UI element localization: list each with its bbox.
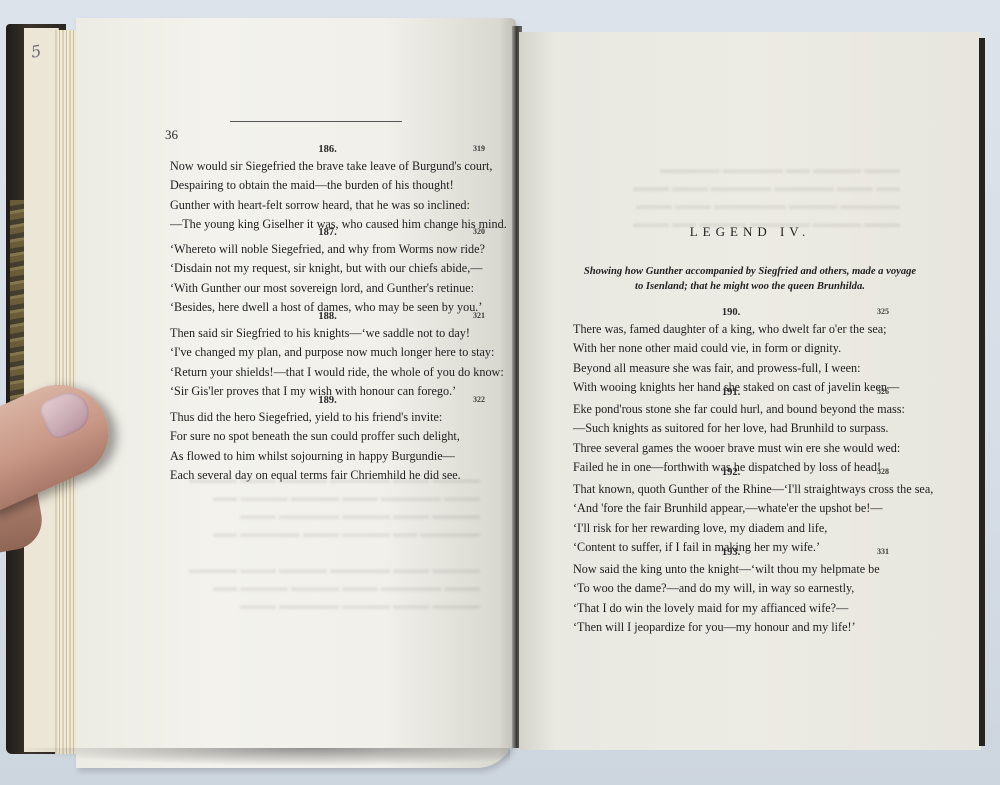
stanza-number: 186.	[170, 143, 485, 157]
marbled-edge	[10, 200, 24, 420]
verse-line: Eke pond'rous stone she far could hurl, …	[573, 400, 889, 419]
stanza-number: 189.	[170, 394, 485, 408]
line-reference: 320	[473, 227, 485, 236]
line-reference: 331	[877, 547, 889, 556]
verse-line: Each several day on equal terms fair Chr…	[170, 466, 485, 485]
verse-line: That known, quoth Gunther of the Rhine—‘…	[573, 480, 889, 499]
verse-line: ‘With Gunther our most sovereign lord, a…	[170, 279, 485, 298]
verse-line: ‘Whereto will noble Siegefried, and why …	[170, 240, 485, 259]
verse-line: Despairing to obtain the maid—the burden…	[170, 176, 485, 195]
header-rule	[230, 121, 402, 122]
stanza-189: 189. 322 Thus did the hero Siegefried, y…	[170, 394, 485, 485]
verse-line: —Such knights as suitored for her love, …	[573, 419, 889, 438]
stanza-186: 186. 319 Now would sir Siegefried the br…	[170, 143, 485, 234]
line-reference: 322	[473, 395, 485, 404]
verse-line: Three several games the wooer brave must…	[573, 439, 889, 458]
verse-line: ‘Disdain not my request, sir knight, but…	[170, 259, 485, 278]
stanza-number: 192.	[573, 466, 889, 480]
stanza-number: 187.	[170, 226, 485, 240]
chapter-subtitle-line: to Isenland; that he might woo the queen…	[565, 279, 935, 294]
verse-line: ‘That I do win the lovely maid for my af…	[573, 599, 889, 618]
verse-line: Then said sir Siegfried to his knights—‘…	[170, 324, 485, 343]
verse-line: Gunther with heart-felt sorrow heard, th…	[170, 196, 485, 215]
line-reference: 326	[877, 387, 889, 396]
stanza-191: 191. 326 Eke pond'rous stone she far cou…	[573, 386, 889, 477]
stanza-188: 188. 321 Then said sir Siegfried to his …	[170, 310, 485, 401]
line-reference: 321	[473, 311, 485, 320]
show-through-text: ▬▬▬▬ ▬▬▬ ▬▬▬▬▬ ▬▬▬▬ ▬▬▬ ▬▬▬▬▬▬▬ ▬▬▬▬▬ ▬▬…	[180, 470, 480, 614]
line-reference: 319	[473, 144, 485, 153]
verse-line: Now would sir Siegefried the brave take …	[170, 157, 485, 176]
stanza-190: 190. 325 There was, famed daughter of a …	[573, 306, 889, 397]
verse-line: For sure no spot beneath the sun could p…	[170, 427, 485, 446]
stanza-number: 191.	[573, 386, 889, 400]
verse-line: As flowed to him whilst sojourning in ha…	[170, 447, 485, 466]
verse-line: There was, famed daughter of a king, who…	[573, 320, 889, 339]
verse-line: With her none other maid could vie, in f…	[573, 339, 889, 358]
verse-line: Thus did the hero Siegefried, yield to h…	[170, 408, 485, 427]
stanza-number: 188.	[170, 310, 485, 324]
verse-line: ‘I've changed my plan, and purpose now m…	[170, 343, 485, 362]
stanza-number: 190.	[573, 306, 889, 320]
book-cover-right	[979, 38, 985, 746]
verse-line: ‘And 'fore the fair Brunhild appear,—wha…	[573, 499, 889, 518]
stanza-number: 193.	[573, 546, 889, 560]
line-reference: 328	[877, 467, 889, 476]
verse-line: ‘Return your shields!—that I would ride,…	[170, 363, 485, 382]
verse-line: Beyond all measure she was fair, and pro…	[573, 359, 889, 378]
chapter-subtitle-line: Showing how Gunther accompanied by Siegf…	[565, 264, 935, 279]
line-reference: 325	[877, 307, 889, 316]
chapter-subtitle: Showing how Gunther accompanied by Siegf…	[565, 264, 935, 294]
page-number: 36	[165, 127, 178, 143]
verse-line: ‘Then will I jeopardize for you—my honou…	[573, 618, 889, 637]
stanza-193: 193. 331 Now said the king unto the knig…	[573, 546, 889, 637]
page-shadow	[10, 748, 510, 766]
verse-line: ‘To woo the dame?—and do my will, in way…	[573, 579, 889, 598]
verse-line: ‘I'll risk for her rewarding love, my di…	[573, 519, 889, 538]
chapter-title: LEGEND IV.	[560, 224, 940, 240]
verse-line: Now said the king unto the knight—‘wilt …	[573, 560, 889, 579]
show-through-text: ▬▬▬ ▬▬▬▬ ▬▬ ▬▬▬▬▬ ▬▬▬▬▬▬▬ ▬▬▬ ▬▬▬▬▬ ▬▬▬▬…	[600, 160, 900, 232]
stanza-192: 192. 328 That known, quoth Gunther of th…	[573, 466, 889, 557]
stanza-187: 187. 320 ‘Whereto will noble Siegefried,…	[170, 226, 485, 317]
thumbnail	[37, 386, 95, 441]
